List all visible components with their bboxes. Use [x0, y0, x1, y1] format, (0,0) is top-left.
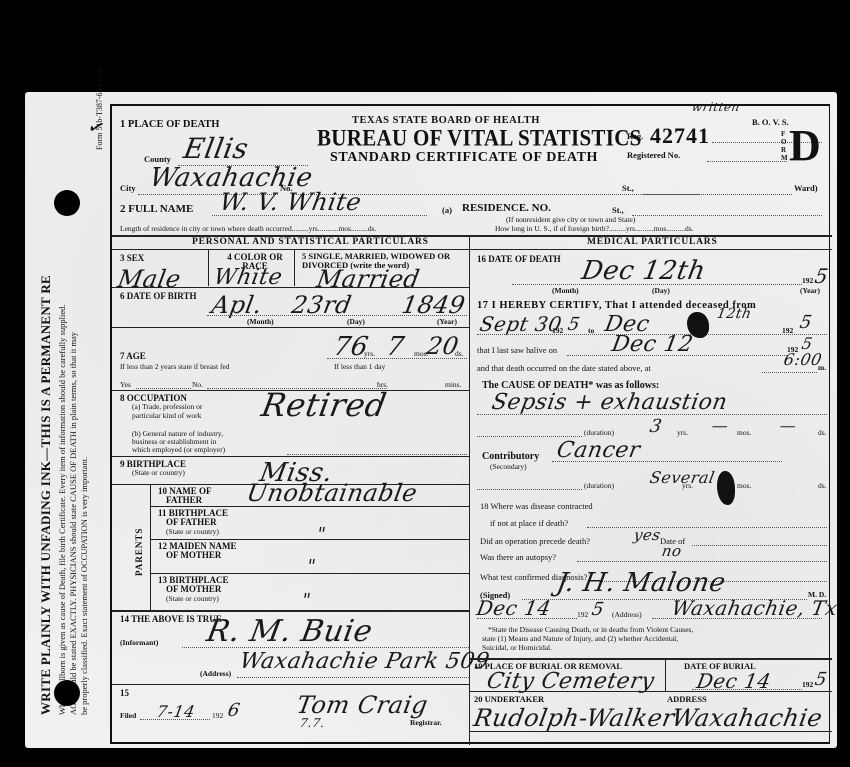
above-is-true-label: 14 THE ABOVE IS TRUE [120, 614, 222, 624]
no-breastfed-label: No. [192, 380, 203, 389]
undertaker-address-label: ADDRESS [667, 694, 707, 704]
city-label: City [120, 183, 136, 193]
yes-label: Yes [120, 380, 131, 389]
punch-hole-top [54, 190, 80, 216]
last-saw-label: that I last saw h [477, 345, 530, 355]
undertaker-value: Rudolph-Walker [472, 704, 677, 732]
contributory-value: Cancer [555, 438, 642, 463]
dob-day-caption: (Day) [347, 317, 365, 326]
mother-birthplace-label: 13 BIRTHPLACEOF MOTHER(State or country) [158, 576, 228, 603]
secondary-label: (Secondary) [490, 462, 527, 471]
attended-from: Sept 30 [478, 312, 564, 336]
occupation-a-line2: particular kind of work [132, 411, 201, 420]
informant-value: R. M. Buie [204, 614, 375, 649]
reg-label: Reg. [627, 131, 643, 141]
ds-label: ds. [455, 349, 464, 358]
parents-label: PARENTS [134, 528, 144, 576]
top-annotation: written [691, 100, 741, 114]
death-month-day: Dec 12th [579, 256, 708, 286]
informant-address-label: (Address) [200, 669, 231, 678]
father-birthplace-value: " [315, 524, 327, 545]
margin-instruction-1: Where Stillborn is given as cause of Dea… [57, 305, 67, 715]
death-year-prefix: 192 [802, 276, 813, 285]
a-label: (a) [442, 205, 452, 215]
registrar-initials: 7.7. [299, 716, 326, 730]
marital-value: Married [315, 265, 423, 293]
length-residence-label: Length of residence in city or town wher… [120, 224, 376, 233]
dob-label: 6 DATE OF BIRTH [120, 291, 196, 301]
form-vertical-label: FORM [781, 130, 789, 162]
registered-no-label: Registered No. [627, 150, 680, 160]
cause-value: Sepsis + exhaustion [490, 390, 730, 415]
footnote: *State the Disease Causing Death, or in … [482, 625, 693, 652]
margin-title: WRITE PLAINLY WITH UNFADING INK—THIS IS … [38, 275, 54, 715]
filed-number: 15 [120, 688, 129, 698]
bovs-label: B. O. V. S. [752, 117, 789, 127]
physician-signature: J. H. Malone [554, 568, 728, 598]
undertaker-address-value: Waxahachie [670, 704, 825, 732]
medical-section-title: MEDICAL PARTICULARS [587, 237, 718, 247]
birthplace-sub: (State or country) [132, 468, 185, 477]
filed-year: 6 [226, 700, 242, 721]
occupation-a-line1: (a) Trade, profession or [132, 402, 202, 411]
sign-date: Dec 14 [475, 596, 553, 620]
full-name-label: 2 FULL NAME [120, 203, 193, 215]
cause-duration-months: — [710, 416, 730, 435]
attended-to-year: 5 [798, 312, 814, 333]
cause-duration-years: 3 [648, 416, 664, 437]
reg-number: 42741 [650, 123, 710, 149]
certify-label: 17 I HEREBY CERTIFY, That I attended dec… [477, 300, 756, 311]
less-than-day-label: If less than 1 day [334, 362, 385, 371]
contributory-label: Contributory [482, 451, 539, 462]
physician-address-label: (Address) [612, 610, 642, 619]
nonresident-note: (If nonresident give city or town and St… [506, 215, 635, 224]
dob-year-caption: (Year) [437, 317, 457, 326]
where-contracted-label-2: if not at place if death? [490, 518, 568, 528]
filed-label: Filed [120, 711, 136, 720]
yrs-label: yrs. [364, 349, 375, 358]
last-saw-date: Dec 12 [610, 332, 695, 357]
mins-label: mins. [445, 380, 461, 389]
st-label: St., [622, 183, 634, 193]
last-saw-alive-label: alive on [530, 345, 557, 355]
margin-instruction-3: be properly classified. Exact statement … [79, 457, 89, 715]
burial-year: 5 [813, 669, 829, 690]
autopsy-label: Was there an autopsy? [480, 552, 556, 562]
registrar-label: Registrar. [410, 718, 442, 727]
mother-name-label: 12 MAIDEN NAMEOF MOTHER [158, 542, 237, 560]
county-value: Ellis [181, 132, 251, 165]
sign-year: 5 [590, 599, 606, 620]
to-label: to [588, 326, 594, 335]
ward-label: Ward) [794, 183, 818, 193]
autopsy-value: no [660, 542, 683, 560]
father-name-label: 10 NAME OFFATHER [158, 487, 212, 505]
occupation-b-line3: which employed (or employer) [132, 445, 225, 454]
filed-year-prefix: 192 [212, 711, 223, 720]
margin-instruction-2: AGE should be stated EXACTLY. PHYSICIANS… [68, 332, 78, 715]
death-year: 5 [813, 264, 830, 288]
contrib-duration-label: (duration) [584, 481, 614, 490]
duration-label: (duration) [584, 428, 614, 437]
death-certificate-form: 1 PLACE OF DEATH TEXAS STATE BOARD OF HE… [110, 104, 830, 744]
where-contracted-label-1: 18 Where was disease contracted [480, 501, 593, 511]
bureau-title: BUREAU OF VITAL STATISTICS [317, 125, 642, 153]
informant-address-value: Waxahachie Park 509 [238, 649, 492, 674]
place-of-death-label: 1 PLACE OF DEATH [120, 119, 219, 130]
registrar-signature: Tom Craig [295, 691, 431, 719]
form-letter-d: D [789, 124, 821, 168]
operation-label: Did an operation precede death? [480, 536, 590, 546]
age-label: 7 AGE [120, 351, 146, 361]
full-name-value: W. V. White [218, 188, 364, 216]
death-month-caption: (Month) [552, 286, 579, 295]
death-year-caption: (Year) [800, 286, 820, 295]
attended-from-year: 5 [566, 314, 582, 335]
personal-section-title: PERSONAL AND STATISTICAL PARTICULARS [192, 237, 429, 247]
death-day-caption: (Day) [652, 286, 670, 295]
sex-label: 3 SEX [120, 253, 144, 263]
m-label: m. [818, 363, 826, 372]
ink-blot-2 [717, 471, 735, 505]
father-birthplace-label: 11 BIRTHPLACEOF FATHER(State or country) [158, 509, 228, 536]
residence-label: RESIDENCE. NO. [462, 202, 551, 214]
physician-address: Waxahachie, Tx [670, 596, 840, 620]
occupation-value: Retired [259, 386, 390, 424]
mother-birthplace-value: " [300, 590, 312, 611]
sex-value: Male [116, 265, 184, 293]
informant-label: (Informant) [120, 638, 158, 647]
attended-to-day: 12th [716, 306, 753, 322]
cause-duration-days: — [778, 416, 798, 435]
operation-value: yes [632, 526, 662, 544]
punch-hole-bottom [54, 680, 80, 706]
foreign-birth-label: How long in U. S., if of foreign birth?.… [495, 224, 694, 233]
death-occurred-label: and that death occurred on the date stat… [477, 363, 651, 373]
certificate-title: STANDARD CERTIFICATE OF DEATH [330, 150, 598, 166]
residence-st-label: St., [612, 205, 624, 215]
father-name-value: Unobtainable [245, 479, 420, 507]
death-date-label: 16 DATE OF DEATH [477, 254, 561, 264]
dob-month-caption: (Month) [247, 317, 274, 326]
undertaker-label: 20 UNDERTAKER [474, 694, 544, 704]
breastfed-label: If less than 2 years state if breast fed [120, 362, 230, 371]
